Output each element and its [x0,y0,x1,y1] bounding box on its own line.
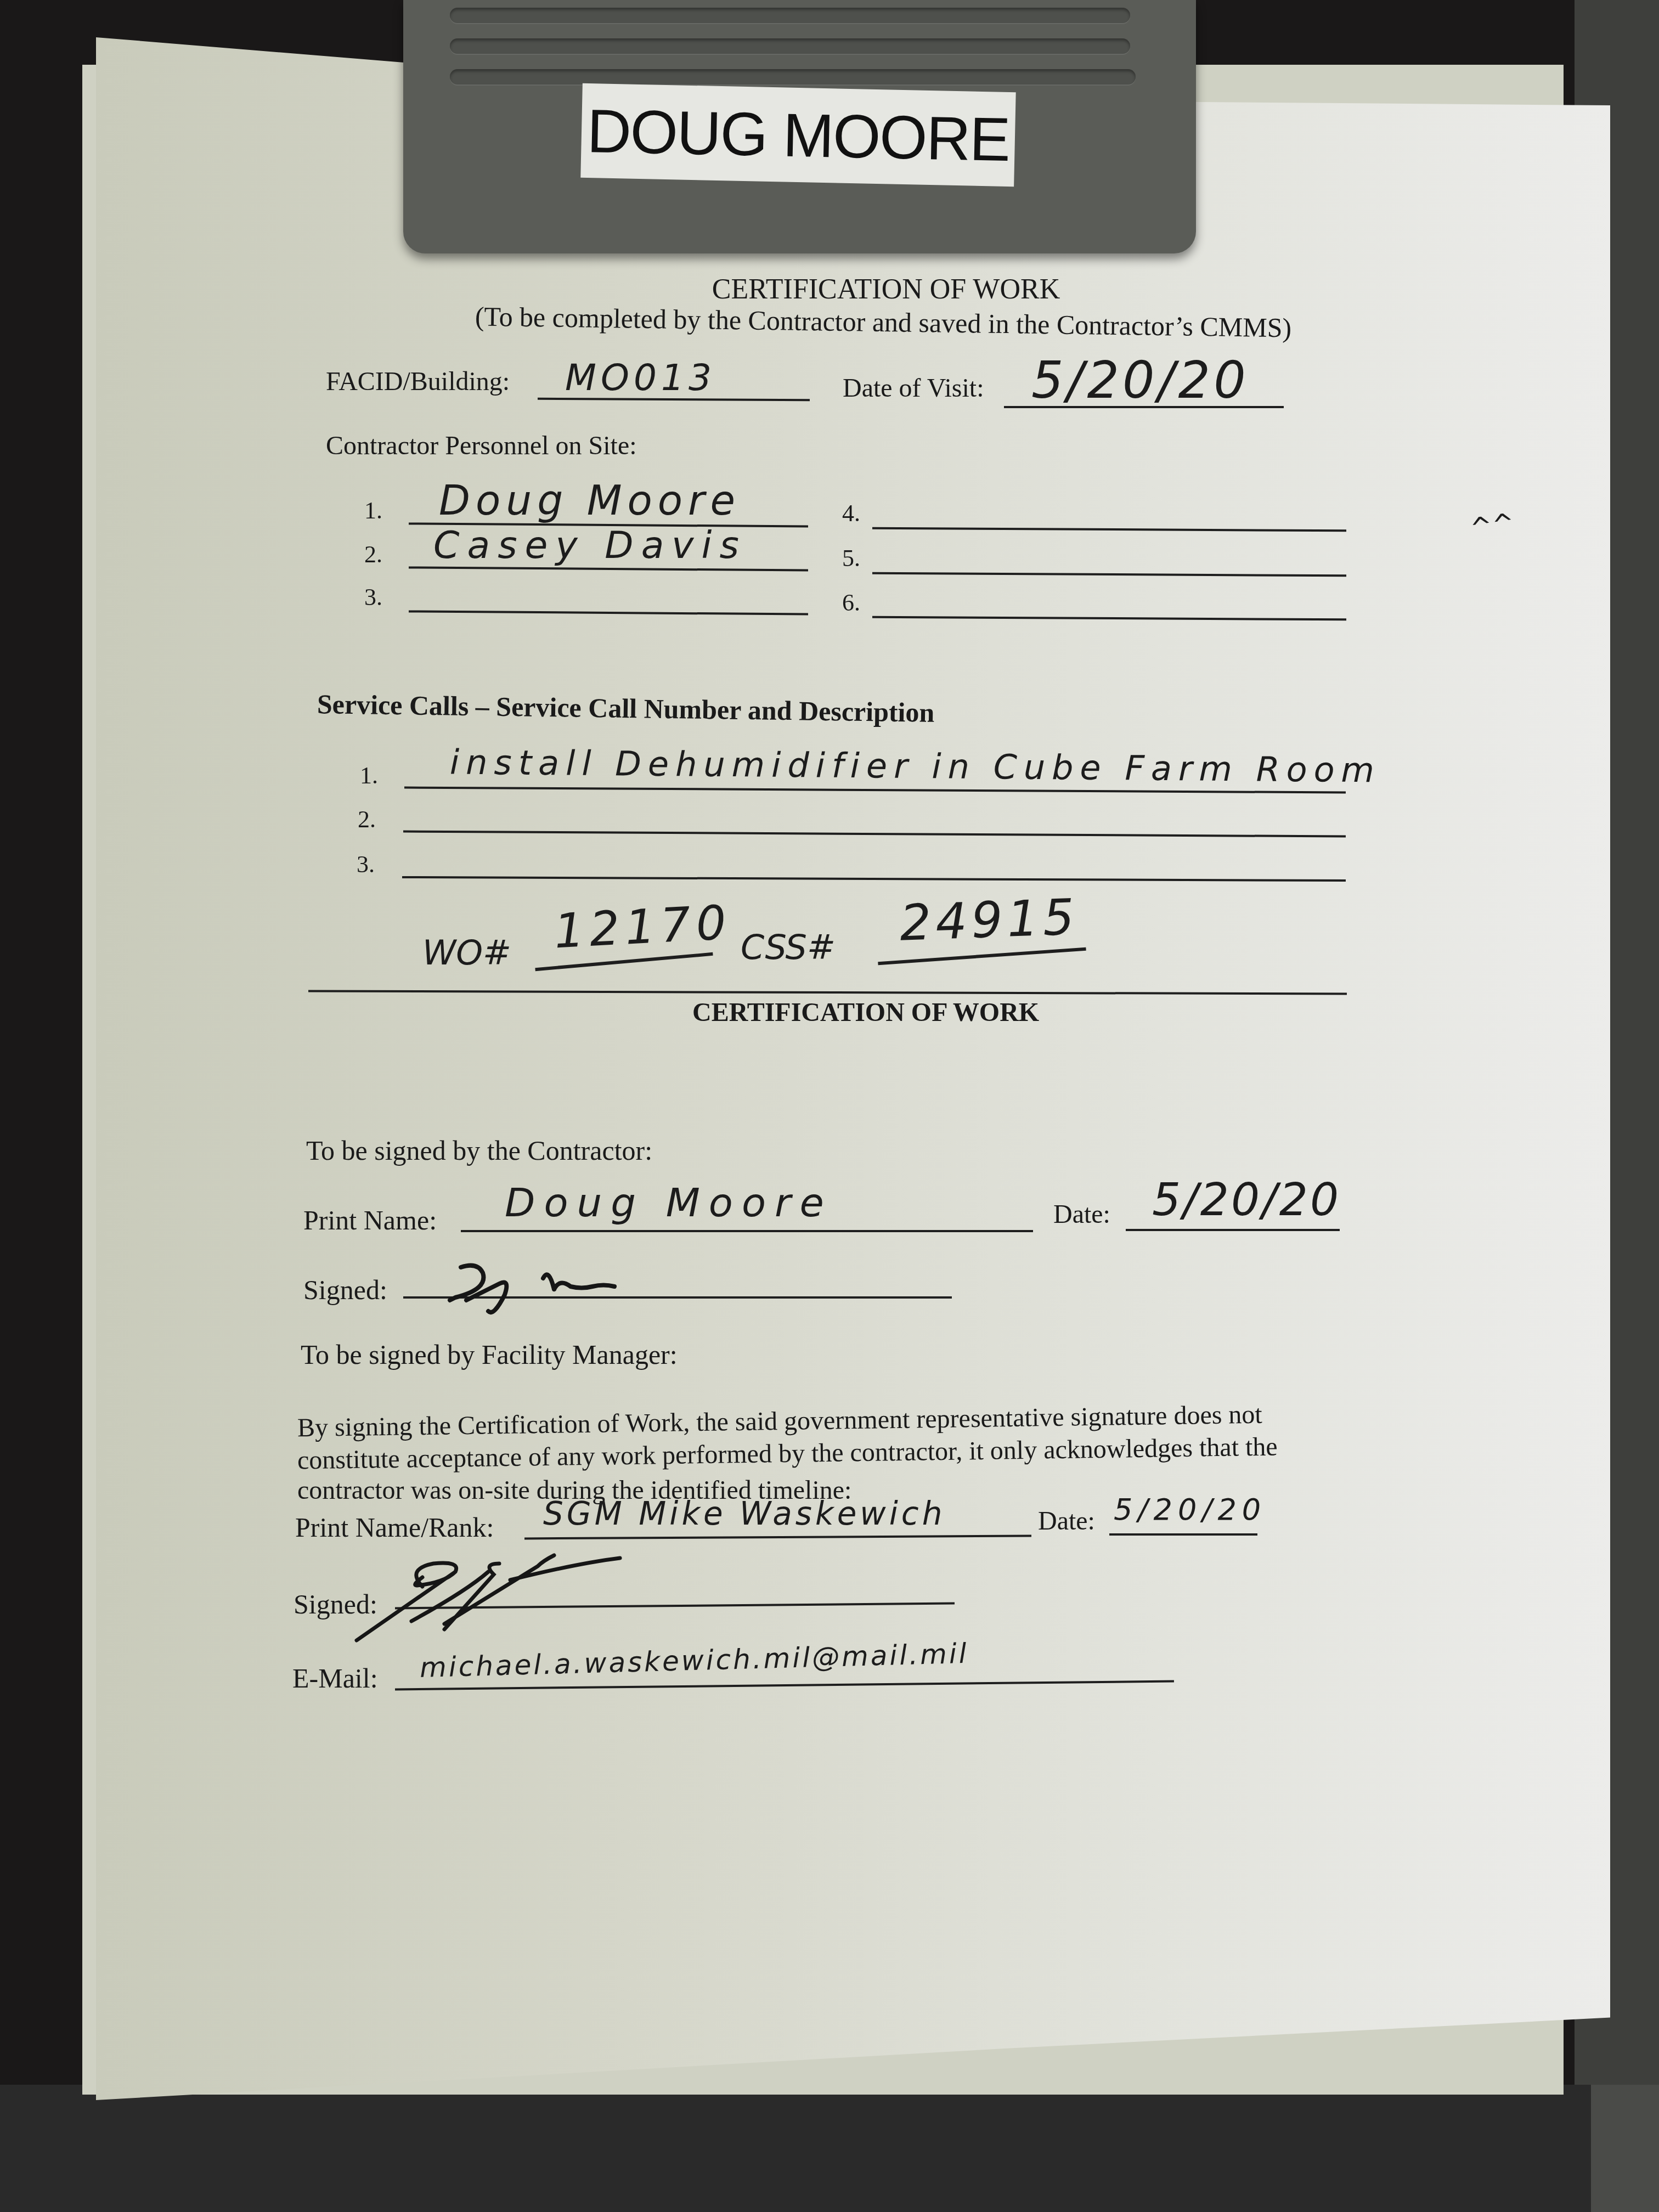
contractor-date-label: Date: [1053,1199,1110,1229]
service-call-number: 1. [360,761,378,789]
css-label: CSS# [741,927,836,967]
personnel-field-1[interactable]: Doug Moore [439,477,741,524]
clip-ridge [450,38,1130,54]
name-label: DOUG MOORE [580,83,1015,187]
personnel-number: 3. [364,583,382,611]
fm-email-label: E-Mail: [292,1662,378,1694]
name-label-text: DOUG MOORE [586,95,1011,174]
fm-signature[interactable] [346,1547,741,1646]
facid-field[interactable]: MO013 [565,357,716,399]
fm-print-name-label: Print Name/Rank: [295,1511,494,1543]
personnel-number: 1. [364,496,382,524]
facid-label: FACID/Building: [326,366,510,397]
fm-date-label: Date: [1038,1506,1095,1536]
wo-label: WO# [422,933,511,973]
personnel-number: 2. [364,540,382,568]
contractor-heading: To be signed by the Contractor: [306,1135,652,1166]
service-call-field-1[interactable]: install Dehumidifier in Cube Farm Room [450,742,1381,791]
form-paper [96,37,1610,2100]
contractor-print-name-field[interactable]: Doug Moore [505,1180,833,1226]
contractor-signed-label: Signed: [303,1274,387,1306]
clip-ridge [450,8,1130,23]
personnel-number: 4. [842,499,860,527]
fm-print-name-field[interactable]: SGM Mike Waskewich [543,1495,946,1532]
form-title: CERTIFICATION OF WORK [549,273,1223,306]
contractor-print-name-label: Print Name: [303,1204,437,1236]
clipboard-clip: DOUG MOORE [403,0,1196,253]
visit-date-label: Date of Visit: [843,373,984,403]
service-call-number: 3. [357,850,375,878]
contractor-date-field[interactable]: 5/20/20 [1152,1174,1341,1226]
clip-ridge [450,69,1136,84]
personnel-number: 5. [842,544,860,572]
personnel-heading: Contractor Personnel on Site: [326,431,637,461]
fm-date-field[interactable]: 5/20/20 [1114,1492,1266,1527]
facility-manager-heading: To be signed by Facility Manager: [301,1339,678,1370]
wo-number-field[interactable]: 12170 [553,895,733,960]
service-call-number: 2. [358,805,376,833]
background-corner [1591,2085,1659,2212]
margin-mark: ^^ [1468,507,1516,544]
background-desk [0,2085,1659,2212]
contractor-signature[interactable] [444,1256,719,1322]
css-number-field[interactable]: 24915 [899,888,1080,952]
fm-date-underline [1109,1533,1257,1536]
visit-date-field[interactable]: 5/20/20 [1031,351,1249,410]
personnel-field-2[interactable]: Casey Davis [433,524,747,567]
personnel-number: 6. [842,589,860,617]
contractor-date-underline [1126,1229,1340,1231]
contractor-print-name-underline [461,1230,1033,1232]
section2-title: CERTIFICATION OF WORK [692,997,1039,1028]
